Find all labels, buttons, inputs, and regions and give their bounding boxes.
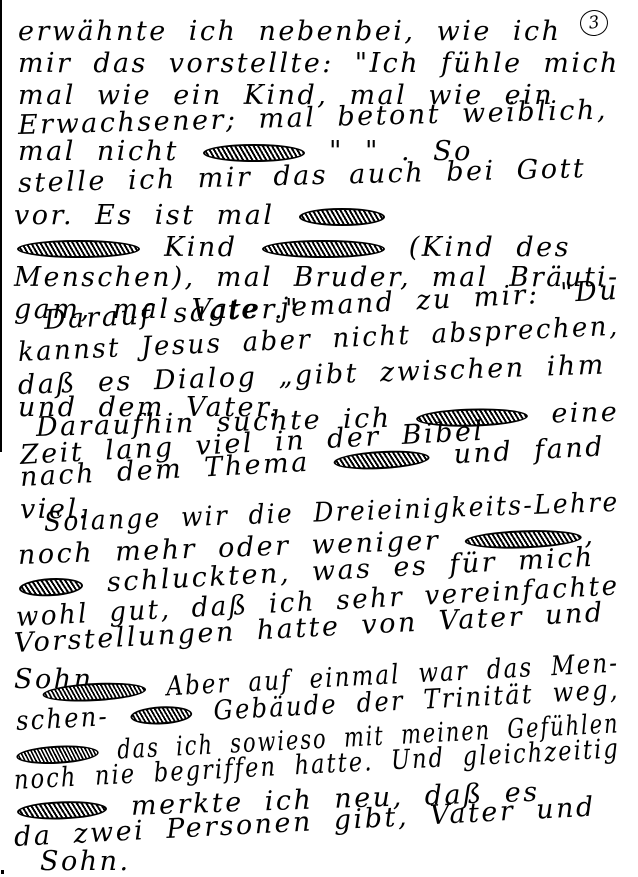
document-page: 3 erwähnte ich nebenbei, wie ich mir das…: [0, 0, 638, 877]
crossed-out-scribble: [17, 240, 140, 258]
text-line: vor. Es ist mal: [14, 200, 388, 231]
text-line: erwähnte ich nebenbei, wie ich: [18, 16, 562, 47]
text-line: mir das vorstellte: "Ich fühle mich: [18, 48, 620, 79]
crossed-out-scribble: [130, 704, 193, 725]
text-line: Sohn.: [40, 846, 131, 877]
crossed-out-scribble: [19, 576, 84, 597]
crossed-out-scribble: [333, 448, 430, 471]
crossed-out-scribble: [299, 208, 385, 226]
handwritten-text: erwähnte ich nebenbei, wie ich mir das v…: [0, 0, 638, 877]
text-line: Kind (Kind des: [14, 232, 571, 263]
crossed-out-scribble: [203, 144, 305, 162]
crossed-out-scribble: [262, 240, 385, 258]
